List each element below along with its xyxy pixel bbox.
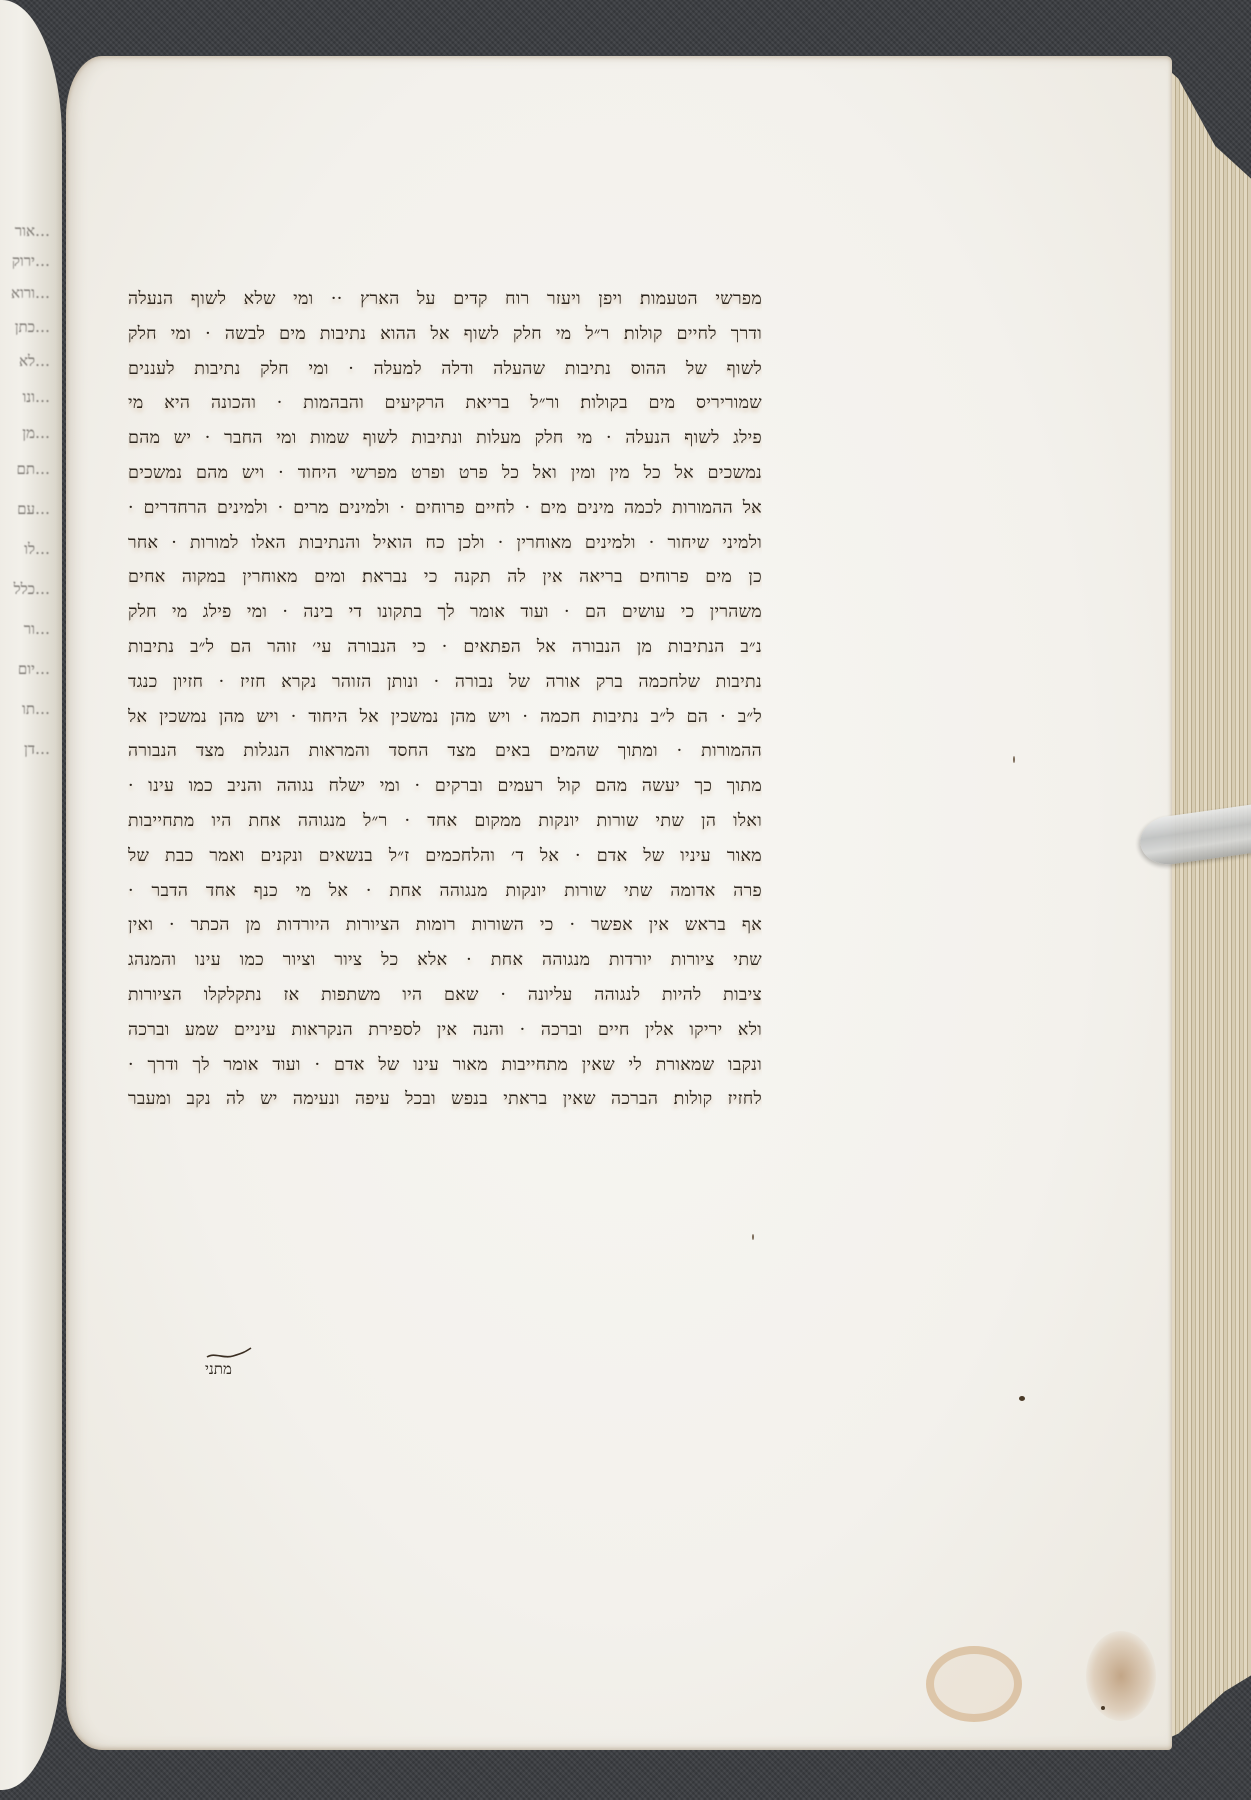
text-line: כן מים פרוחים בריאה אין לה תקנה כי נבראת… xyxy=(128,560,762,595)
text-line: ולא יריקו אלין חיים וברכה · והנה אין לספ… xyxy=(128,1013,762,1048)
left-page-text-line: …ור xyxy=(0,620,50,630)
text-line: אל ההמורות לכמה מינים מים · לחיים פרוחים… xyxy=(128,491,762,526)
text-line: ציבות להיות לנגוהה עליונה · שאם היו משתפ… xyxy=(128,978,762,1013)
water-stain xyxy=(926,1646,1022,1722)
text-line: אף בראש אין אפשר · כי השורות רומות הציור… xyxy=(128,908,762,943)
left-page-text-line: …כלל xyxy=(0,580,50,590)
text-line: שמוריריס מים בקולות׃ ור״ל בריאת הרקיעים … xyxy=(128,386,762,421)
catchword: מתני xyxy=(205,1360,232,1379)
text-line: ואלו הן שתי שורות יונקות ממקום אחד · ר״ל… xyxy=(128,804,762,839)
text-line: נ״ב הנתיבות מן הנבורה אל הפתאים · כי הנב… xyxy=(128,630,762,665)
text-line: נמשכים אל כל מין ומין ואל כל פרט ופרט מפ… xyxy=(128,456,762,491)
text-line: ונקבו שמאורת לי שאין מתחייבות מאור עינו … xyxy=(128,1048,762,1083)
left-page-text-line: …דן xyxy=(0,740,50,750)
left-page-text-line: …מן xyxy=(0,424,50,434)
left-page-text-line: …ונו xyxy=(0,388,50,398)
text-line: נתיבות שלחכמה ברק אורה של נבורה · ונותן … xyxy=(128,665,762,700)
text-line: משהרין כי עושים הם · ועוד אומר לך בתקונו… xyxy=(128,595,762,630)
text-line: לשוף של ההוס נתיבות שהעלה ודלה למעלה · ו… xyxy=(128,352,762,387)
manuscript-text-block: מפרשי הטעמות׃ ויפן ויעזר רוח קדים על האר… xyxy=(128,282,762,1117)
text-line: ההמורות · ומתוך שהמים באים מצד החסד והמר… xyxy=(128,734,762,769)
ink-speck xyxy=(1013,756,1015,763)
text-line: לחזיז קולות׃ הברכה שאין בראתי בנפש ובכל … xyxy=(128,1082,762,1117)
ink-speck xyxy=(752,1234,754,1240)
left-page-text-line: …כתן xyxy=(0,318,50,328)
text-line: ודרך לחיים קולות׃ ר״ל מי חלק לשוף אל ההו… xyxy=(128,317,762,352)
left-page-text-line: …תם xyxy=(0,460,50,470)
left-page-text-line: …עם xyxy=(0,500,50,510)
left-page-text-line: …תו xyxy=(0,700,50,710)
text-line: ולמיני שיחור · ולמינים מאוחרין · ולכן כח… xyxy=(128,526,762,561)
text-line: פילג לשוף הנעלה · מי חלק מעלות ונתיבות ל… xyxy=(128,421,762,456)
left-page-text-line: …לא xyxy=(0,352,50,362)
foxing-stain xyxy=(1086,1631,1156,1721)
text-line: ל״ב · הם ל״ב נתיבות חכמה · ויש מהן נמשכי… xyxy=(128,700,762,735)
left-page-text-line: …ורוא xyxy=(0,284,50,294)
left-page-text-line: …אור xyxy=(0,222,50,232)
text-line: פרה אדומה שתי שורות יונקות מנגוהה אחת · … xyxy=(128,874,762,909)
catchword-flourish-icon xyxy=(205,1346,255,1360)
text-line: שתי ציורות יורדות מנגוהה אחת · אלא כל צי… xyxy=(128,943,762,978)
left-page-text-line: …ירוק xyxy=(0,252,50,262)
ink-speck xyxy=(1019,1396,1025,1401)
text-line: מפרשי הטעמות׃ ויפן ויעזר רוח קדים על האר… xyxy=(128,282,762,317)
left-page: …אור …ירוק …ורוא …כתן …לא …ונו …מן …תם …… xyxy=(0,0,62,1790)
text-line: מאור עיניו של אדם · אל ד׳ והלחכמים ז״ל ב… xyxy=(128,839,762,874)
text-line: מתוך כך יעשה מהם קול רעמים וברקים · ומי … xyxy=(128,769,762,804)
left-page-text-line: …יום xyxy=(0,660,50,670)
page-stack-fore-edge xyxy=(1160,62,1251,1742)
ink-speck xyxy=(1101,1706,1105,1710)
left-page-text-line: …לו xyxy=(0,540,50,550)
